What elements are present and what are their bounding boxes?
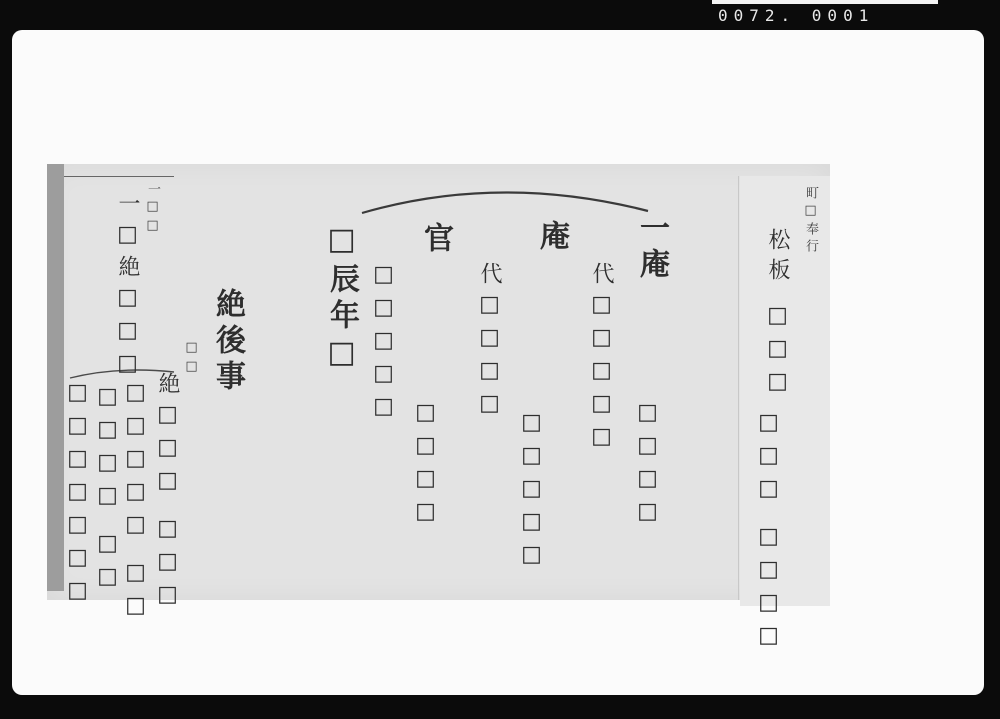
manuscript-column: □□□□	[636, 400, 658, 532]
paper-binding-edge	[47, 164, 64, 591]
manuscript-column: □□□□□ □□	[124, 380, 146, 626]
manuscript-column: 庵	[536, 220, 566, 256]
manuscript-column: □辰年□	[326, 222, 356, 376]
manuscript-column: □□□□□	[372, 262, 394, 427]
manuscript-column: 一□絶□□□	[116, 192, 138, 384]
manuscript-column: 代□□□□	[478, 262, 500, 424]
grouping-arc	[360, 183, 650, 223]
manuscript-column: 絶□□□ □□□	[156, 372, 178, 615]
manuscript-column: □□□□□□□	[66, 380, 88, 611]
manuscript-column: 松板 □□□	[766, 228, 788, 402]
manuscript-column: 官	[420, 222, 450, 258]
manuscript-column: 町□奉行	[804, 186, 817, 256]
top-rule-line	[64, 176, 174, 177]
manuscript-column: 一庵	[636, 212, 666, 284]
manuscript-column: □□□□ □□	[96, 384, 118, 597]
film-label-strip	[712, 0, 938, 4]
manuscript-column: 一□□	[146, 182, 159, 237]
manuscript-column: □□	[185, 340, 198, 378]
manuscript-column: 代□□□□□	[590, 262, 612, 457]
manuscript-column: □□□□□	[520, 410, 542, 575]
manuscript-column: □□□□	[414, 400, 436, 532]
frame-number: 0072. 0001	[718, 6, 874, 26]
fold-line	[738, 176, 739, 600]
manuscript-heading: 絶後事	[212, 288, 242, 396]
manuscript-column: □□□ □□□□	[757, 410, 779, 656]
